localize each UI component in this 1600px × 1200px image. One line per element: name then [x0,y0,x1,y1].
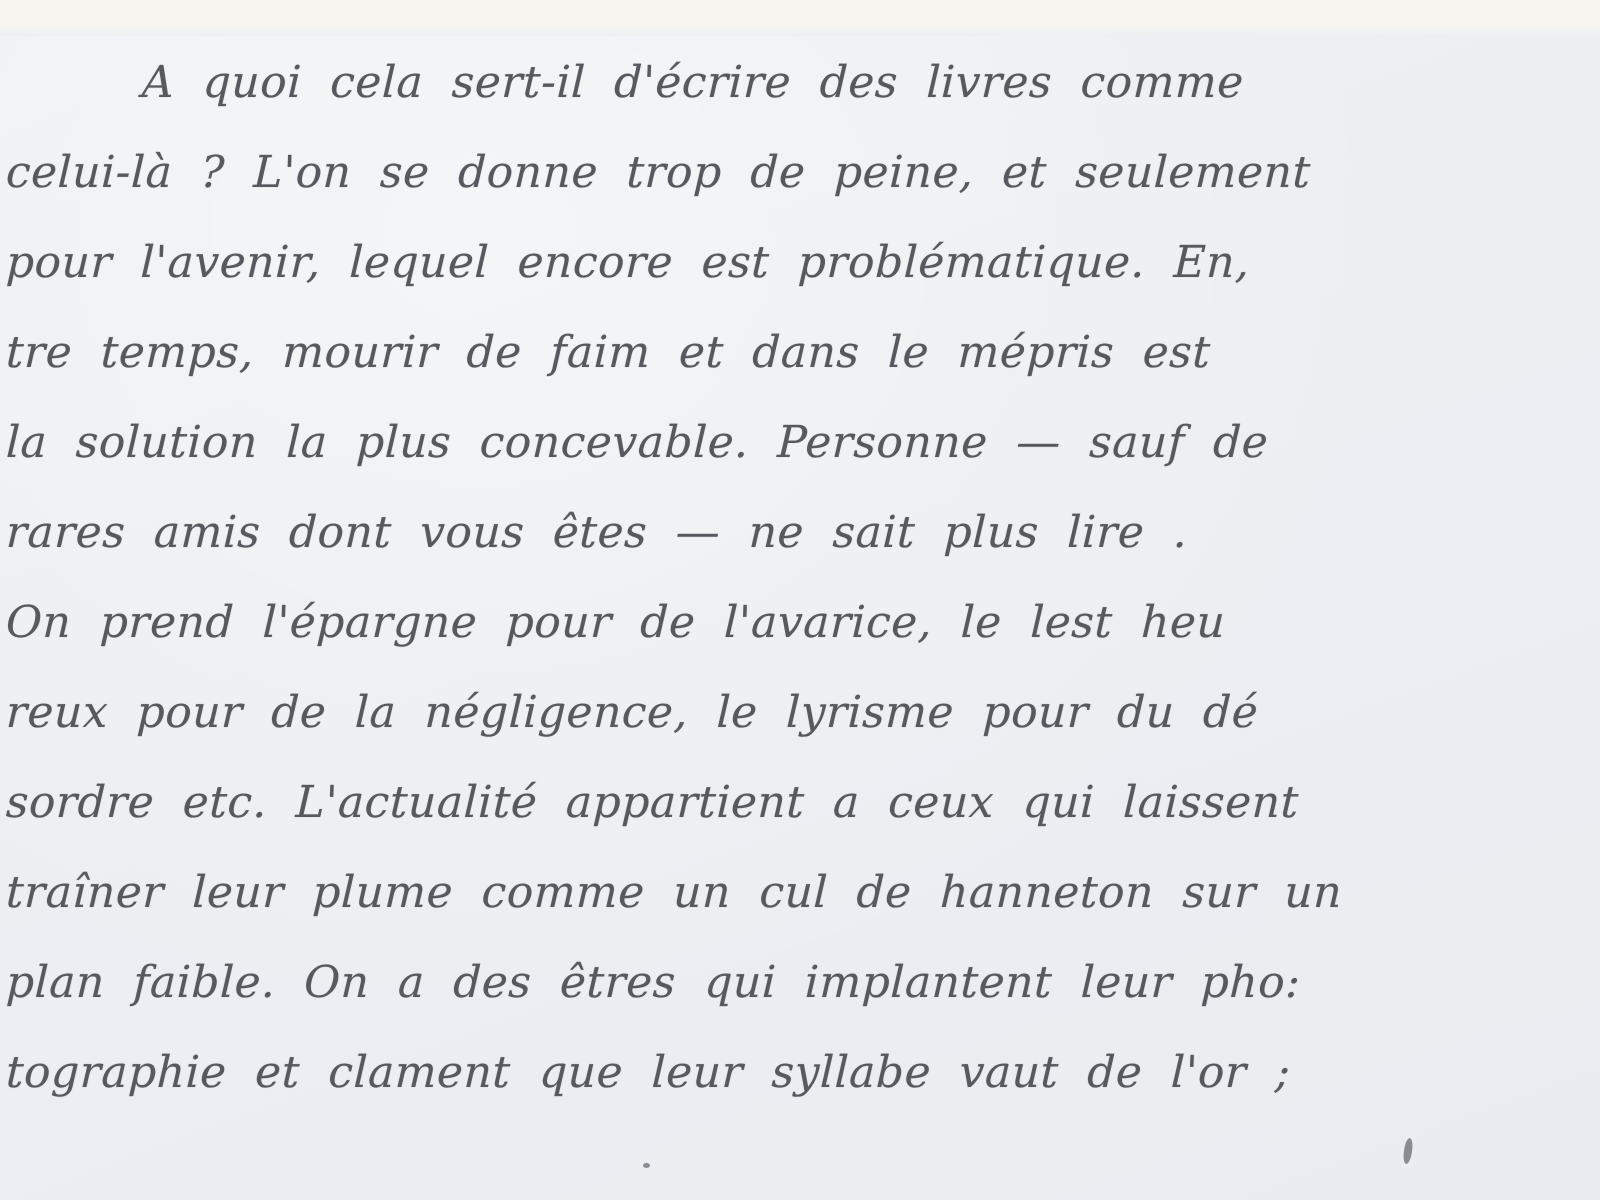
ink-speck [643,1163,650,1168]
ink-stroke [1402,1138,1414,1165]
scan-edge [0,0,1600,36]
manuscript-page: A quoi cela sert-il d'écrire des livres … [0,0,1600,1200]
manuscript-line: pour l'avenir, lequel encore est problém… [0,217,1600,307]
manuscript-line: tographie et clament que leur syllabe va… [0,1027,1600,1117]
manuscript-line: reux pour de la négligence, le lyrisme p… [0,667,1600,757]
manuscript-line: A quoi cela sert-il d'écrire des livres … [0,37,1600,127]
manuscript-line: On prend l'épargne pour de l'avarice, le… [0,577,1600,667]
manuscript-line: celui-là ? L'on se donne trop de peine, … [0,127,1600,217]
manuscript-line: la solution la plus concevable. Personne… [0,397,1600,487]
manuscript-line: sordre etc. L'actualité appartient a ceu… [0,757,1600,847]
manuscript-line: traîner leur plume comme un cul de hanne… [0,847,1600,937]
manuscript-line: tre temps, mourir de faim et dans le mép… [0,307,1600,397]
manuscript-line: rares amis dont vous êtes — ne sait plus… [0,487,1600,577]
manuscript-line: plan faible. On a des êtres qui implante… [0,937,1600,1027]
manuscript-text: A quoi cela sert-il d'écrire des livres … [0,37,1600,1117]
